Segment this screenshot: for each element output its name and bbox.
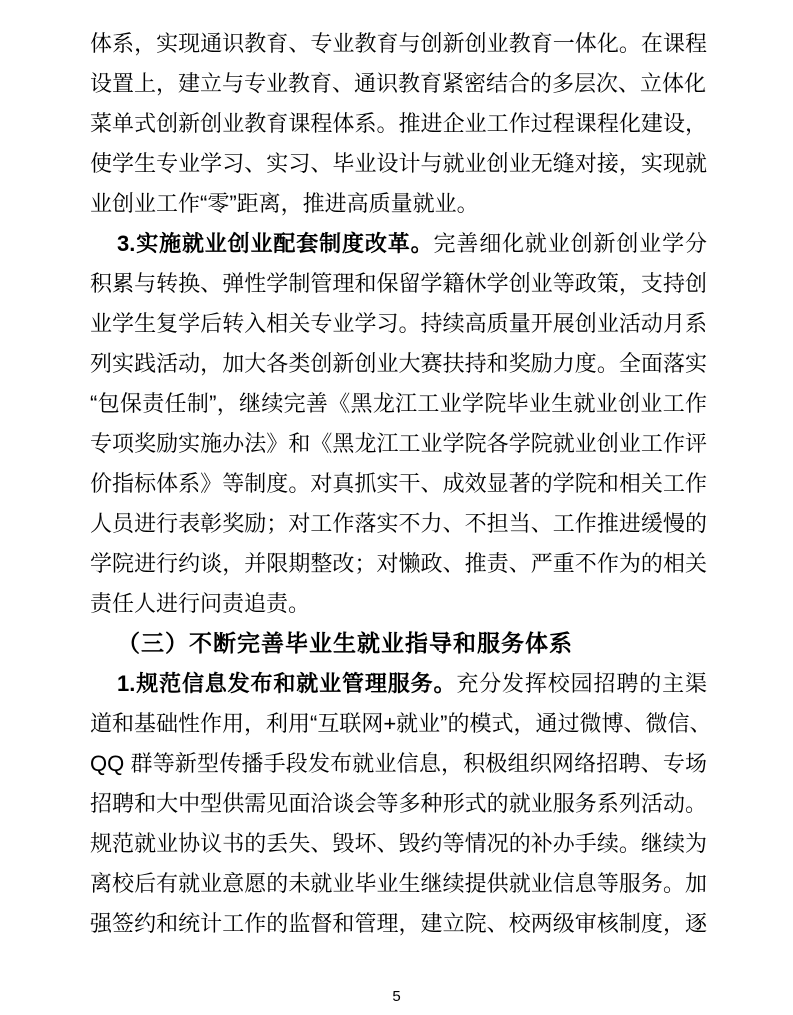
run-normal: 离校后有就业意愿的未就业毕业生继续提供就业信息等服务。加 xyxy=(90,871,707,896)
run-bold-lead: 1.规范信息发布和就业管理服务。 xyxy=(117,671,456,696)
text-line: 价指标体系》等制度。对真抓实干、成效显著的学院和相关工作 xyxy=(90,464,707,504)
text-line: QQ 群等新型传播手段发布就业信息，积极组织网络招聘、专场 xyxy=(90,744,707,784)
run-normal: 价指标体系》等制度。对真抓实干、成效显著的学院和相关工作 xyxy=(90,471,707,496)
text-line: 体系，实现通识教育、专业教育与创新创业教育一体化。在课程 xyxy=(90,24,707,64)
text-line: 人员进行表彰奖励；对工作落实不力、不担当、工作推进缓慢的 xyxy=(90,504,707,544)
text-line: 学院进行约谈，并限期整改；对懒政、推责、严重不作为的相关 xyxy=(90,544,707,584)
run-normal: 菜单式创新创业教育课程体系。推进企业工作过程课程化建设， xyxy=(90,111,707,136)
text-line: 强签约和统计工作的监督和管理，建立院、校两级审核制度，逐 xyxy=(90,904,707,944)
run-normal: 强签约和统计工作的监督和管理，建立院、校两级审核制度，逐 xyxy=(90,911,707,936)
text-line: 责任人进行问责追责。 xyxy=(90,584,707,624)
text-line: 业创业工作“零”距离，推进高质量就业。 xyxy=(90,184,707,224)
run-normal: 业学生复学后转入相关专业学习。持续高质量开展创业活动月系 xyxy=(90,311,707,336)
run-normal: 体系，实现通识教育、专业教育与创新创业教育一体化。在课程 xyxy=(90,31,707,56)
text-line: 3.实施就业创业配套制度改革。完善细化就业创新创业学分 xyxy=(90,224,707,264)
text-line: 专项奖励实施办法》和《黑龙江工业学院各学院就业创业工作评 xyxy=(90,424,707,464)
run-normal: 规范就业协议书的丢失、毁坏、毁约等情况的补办手续。继续为 xyxy=(90,831,707,856)
text-line: 积累与转换、弹性学制管理和保留学籍休学创业等政策，支持创 xyxy=(90,264,707,304)
run-normal: 使学生专业学习、实习、毕业设计与就业创业无缝对接，实现就 xyxy=(90,151,707,176)
text-line: 列实践活动，加大各类创新创业大赛扶持和奖励力度。全面落实 xyxy=(90,344,707,384)
run-normal: 专项奖励实施办法》和《黑龙江工业学院各学院就业创业工作评 xyxy=(90,431,707,456)
run-normal: 积累与转换、弹性学制管理和保留学籍休学创业等政策，支持创 xyxy=(90,271,707,296)
text-line: 规范就业协议书的丢失、毁坏、毁约等情况的补办手续。继续为 xyxy=(90,824,707,864)
run-normal: 充分发挥校园招聘的主渠 xyxy=(456,671,707,696)
text-line: 菜单式创新创业教育课程体系。推进企业工作过程课程化建设， xyxy=(90,104,707,144)
run-normal: QQ 群等新型传播手段发布就业信息，积极组织网络招聘、专场 xyxy=(90,751,707,776)
document-body: 体系，实现通识教育、专业教育与创新创业教育一体化。在课程设置上，建立与专业教育、… xyxy=(90,24,707,944)
run-normal: 人员进行表彰奖励；对工作落实不力、不担当、工作推进缓慢的 xyxy=(90,511,707,536)
text-line: （三）不断完善毕业生就业指导和服务体系 xyxy=(90,624,707,664)
run-normal: 责任人进行问责追责。 xyxy=(90,591,310,616)
run-normal: 设置上，建立与专业教育、通识教育紧密结合的多层次、立体化、 xyxy=(90,71,707,96)
run-normal: 业创业工作“零”距离，推进高质量就业。 xyxy=(90,191,479,216)
run-normal: “包保责任制”，继续完善《黑龙江工业学院毕业生就业创业工作 xyxy=(90,391,707,416)
page-footer: 5 xyxy=(0,988,793,1006)
text-line: 离校后有就业意愿的未就业毕业生继续提供就业信息等服务。加 xyxy=(90,864,707,904)
run-normal: 列实践活动，加大各类创新创业大赛扶持和奖励力度。全面落实 xyxy=(90,351,707,376)
run-normal: 道和基础性作用，利用“互联网+就业”的模式，通过微博、微信、 xyxy=(90,711,707,736)
document-page: 体系，实现通识教育、专业教育与创新创业教育一体化。在课程设置上，建立与专业教育、… xyxy=(0,0,793,1015)
text-line: “包保责任制”，继续完善《黑龙江工业学院毕业生就业创业工作 xyxy=(90,384,707,424)
text-line: 使学生专业学习、实习、毕业设计与就业创业无缝对接，实现就 xyxy=(90,144,707,184)
text-line: 业学生复学后转入相关专业学习。持续高质量开展创业活动月系 xyxy=(90,304,707,344)
text-line: 1.规范信息发布和就业管理服务。充分发挥校园招聘的主渠 xyxy=(90,664,707,704)
run-normal: 学院进行约谈，并限期整改；对懒政、推责、严重不作为的相关 xyxy=(90,551,707,576)
run-bold-lead: 3.实施就业创业配套制度改革。 xyxy=(117,231,433,256)
text-line: 道和基础性作用，利用“互联网+就业”的模式，通过微博、微信、 xyxy=(90,704,707,744)
section-heading: （三）不断完善毕业生就业指导和服务体系 xyxy=(117,631,573,656)
run-normal: 招聘和大中型供需见面洽谈会等多种形式的就业服务系列活动。 xyxy=(90,791,707,816)
run-normal: 完善细化就业创新创业学分 xyxy=(433,231,707,256)
text-line: 招聘和大中型供需见面洽谈会等多种形式的就业服务系列活动。 xyxy=(90,784,707,824)
text-line: 设置上，建立与专业教育、通识教育紧密结合的多层次、立体化、 xyxy=(90,64,707,104)
page-number: 5 xyxy=(392,988,400,1005)
